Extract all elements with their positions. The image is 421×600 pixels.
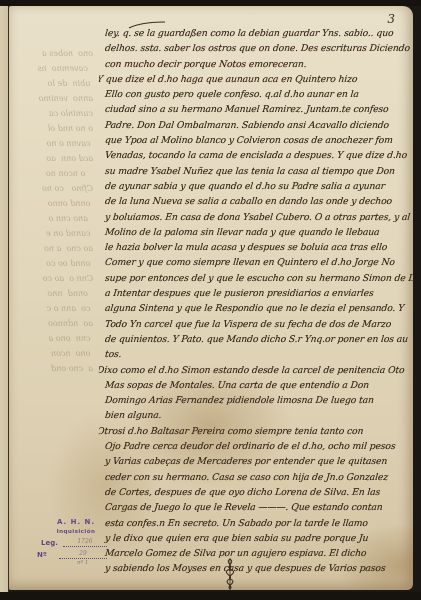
rubric-signature-icon xyxy=(222,558,238,590)
text-line: de la luna Nueva se salia a caballo en d… xyxy=(98,194,415,209)
stamp-section: Inquisición xyxy=(45,529,107,535)
stamp-number-value: 29 xyxy=(59,550,107,559)
text-line: Molino de la paloma sin llevar nada y qu… xyxy=(98,225,415,240)
text-line: delhos. ssta. saber los ostros que on do… xyxy=(98,41,415,56)
text-line: tos. xyxy=(98,347,415,362)
stamp-number-label: Nº xyxy=(37,551,59,559)
text-line: bien alguna. xyxy=(98,408,415,423)
text-line: ley. q. se la guardaßen como la debian g… xyxy=(98,26,415,41)
stamp-legajo-row: Leg. 1726 xyxy=(41,538,107,547)
stamp-number-row: Nº 29 xyxy=(37,550,107,559)
text-line: Cargas de Juego lo que le Revela ———. Qu… xyxy=(98,500,415,515)
text-line: Padre. Don Dal Ombalmaran. Sabiendo ansi… xyxy=(98,118,415,133)
text-line: su madre Ysabel Nuñez que las tenia la c… xyxy=(98,164,415,179)
text-line: ceder con su hermano. Casa se caso con h… xyxy=(98,470,415,485)
text-line: Mas sopas de Montales. Una carta de que … xyxy=(98,378,415,393)
archive-stamp: A. H. N. Inquisición Leg. 1726 Nº 29 nº … xyxy=(37,518,107,566)
manuscript-text: ley. q. se la guardaßen como la debian g… xyxy=(99,26,414,577)
text-line: Comer y que como siempre llevan en Quint… xyxy=(98,255,415,270)
paragraph-start-line: &Y que dize el d.ho haga que aunaun aca … xyxy=(98,72,415,87)
manuscript-page: ono nobes a cavemno ns ubin de lo anno v… xyxy=(9,6,413,590)
margin-bleed-through: ono nobes a cavemno ns ubin de lo anno v… xyxy=(23,46,93,426)
text-line: Venadas, tocando la cama de encislada a … xyxy=(98,148,415,163)
text-line: le hazia bolver la mula acasa y despues … xyxy=(98,240,415,255)
text-line: Todo Yn carcel que fue la Vispera de su … xyxy=(98,317,415,332)
text-line: con mucho decir porque Notos emoreceran. xyxy=(98,57,415,72)
text-line: esta confes.n En secreto. Un Sabado por … xyxy=(98,516,415,531)
text-line: Dixo como el d.ho Simon estando desde la… xyxy=(98,365,405,376)
text-line: a Intentar despues que le pusieron presi… xyxy=(98,286,415,301)
text-line: de Cortes, despues de que oyo dicho Lore… xyxy=(98,485,415,500)
paragraph-start-line: &Dixo como el d.ho Simon estando desde l… xyxy=(98,363,415,378)
facing-page-edge xyxy=(0,6,9,594)
text-line: Ojo Padre cerca deudor del ordinario de … xyxy=(98,439,415,454)
text-line: Y que dize el d.ho haga que aunaun aca e… xyxy=(98,74,358,85)
text-line: y sabiendo los Moyses en casa y que desp… xyxy=(98,561,415,576)
text-line: supe por entonces del y que le escucho c… xyxy=(98,271,415,286)
text-line: y le dixo que quien era que bien sabia s… xyxy=(98,531,415,546)
text-line: Otrosi d.ho Baltasar Pereira como siempr… xyxy=(98,426,364,437)
manuscript-scan: ono nobes a cavemno ns ubin de lo anno v… xyxy=(0,0,421,600)
text-line: alguna Sintena y que le Respondio que no… xyxy=(98,301,415,316)
text-line: y Varias cabeças de Mercaderes por enten… xyxy=(98,454,415,469)
text-line: de ayunar sabia y que quando el d.ho su … xyxy=(98,179,415,194)
text-line: y boluiamos. En casa de dona Ysabel Cube… xyxy=(98,210,415,225)
stamp-archive-name: A. H. N. xyxy=(45,518,107,526)
text-line: Marcelo Gomez de Silva por un agujero es… xyxy=(98,546,415,561)
text-line: ciudad sino a su hermano Manuel Ramirez.… xyxy=(98,102,415,117)
stamp-legajo-label: Leg. xyxy=(41,539,63,547)
text-line: de quinientos. Y Pato. que Mando dicho S… xyxy=(98,332,415,347)
paragraph-start-line: &Otrosi d.ho Baltasar Pereira como siemp… xyxy=(98,424,415,439)
text-line: Domingo Arias Fernandez pidiendole limos… xyxy=(98,393,415,408)
stamp-legajo-value: 1726 xyxy=(63,538,107,547)
text-line: Ello con gusto pero quele confeso. q.al … xyxy=(98,87,415,102)
stamp-sub-number: nº 1 xyxy=(77,560,107,566)
folio-number: 3 xyxy=(387,12,395,26)
text-line: que Ypoa al Molino blanco y Colvieron co… xyxy=(98,133,415,148)
scan-bottom-edge xyxy=(0,592,421,600)
